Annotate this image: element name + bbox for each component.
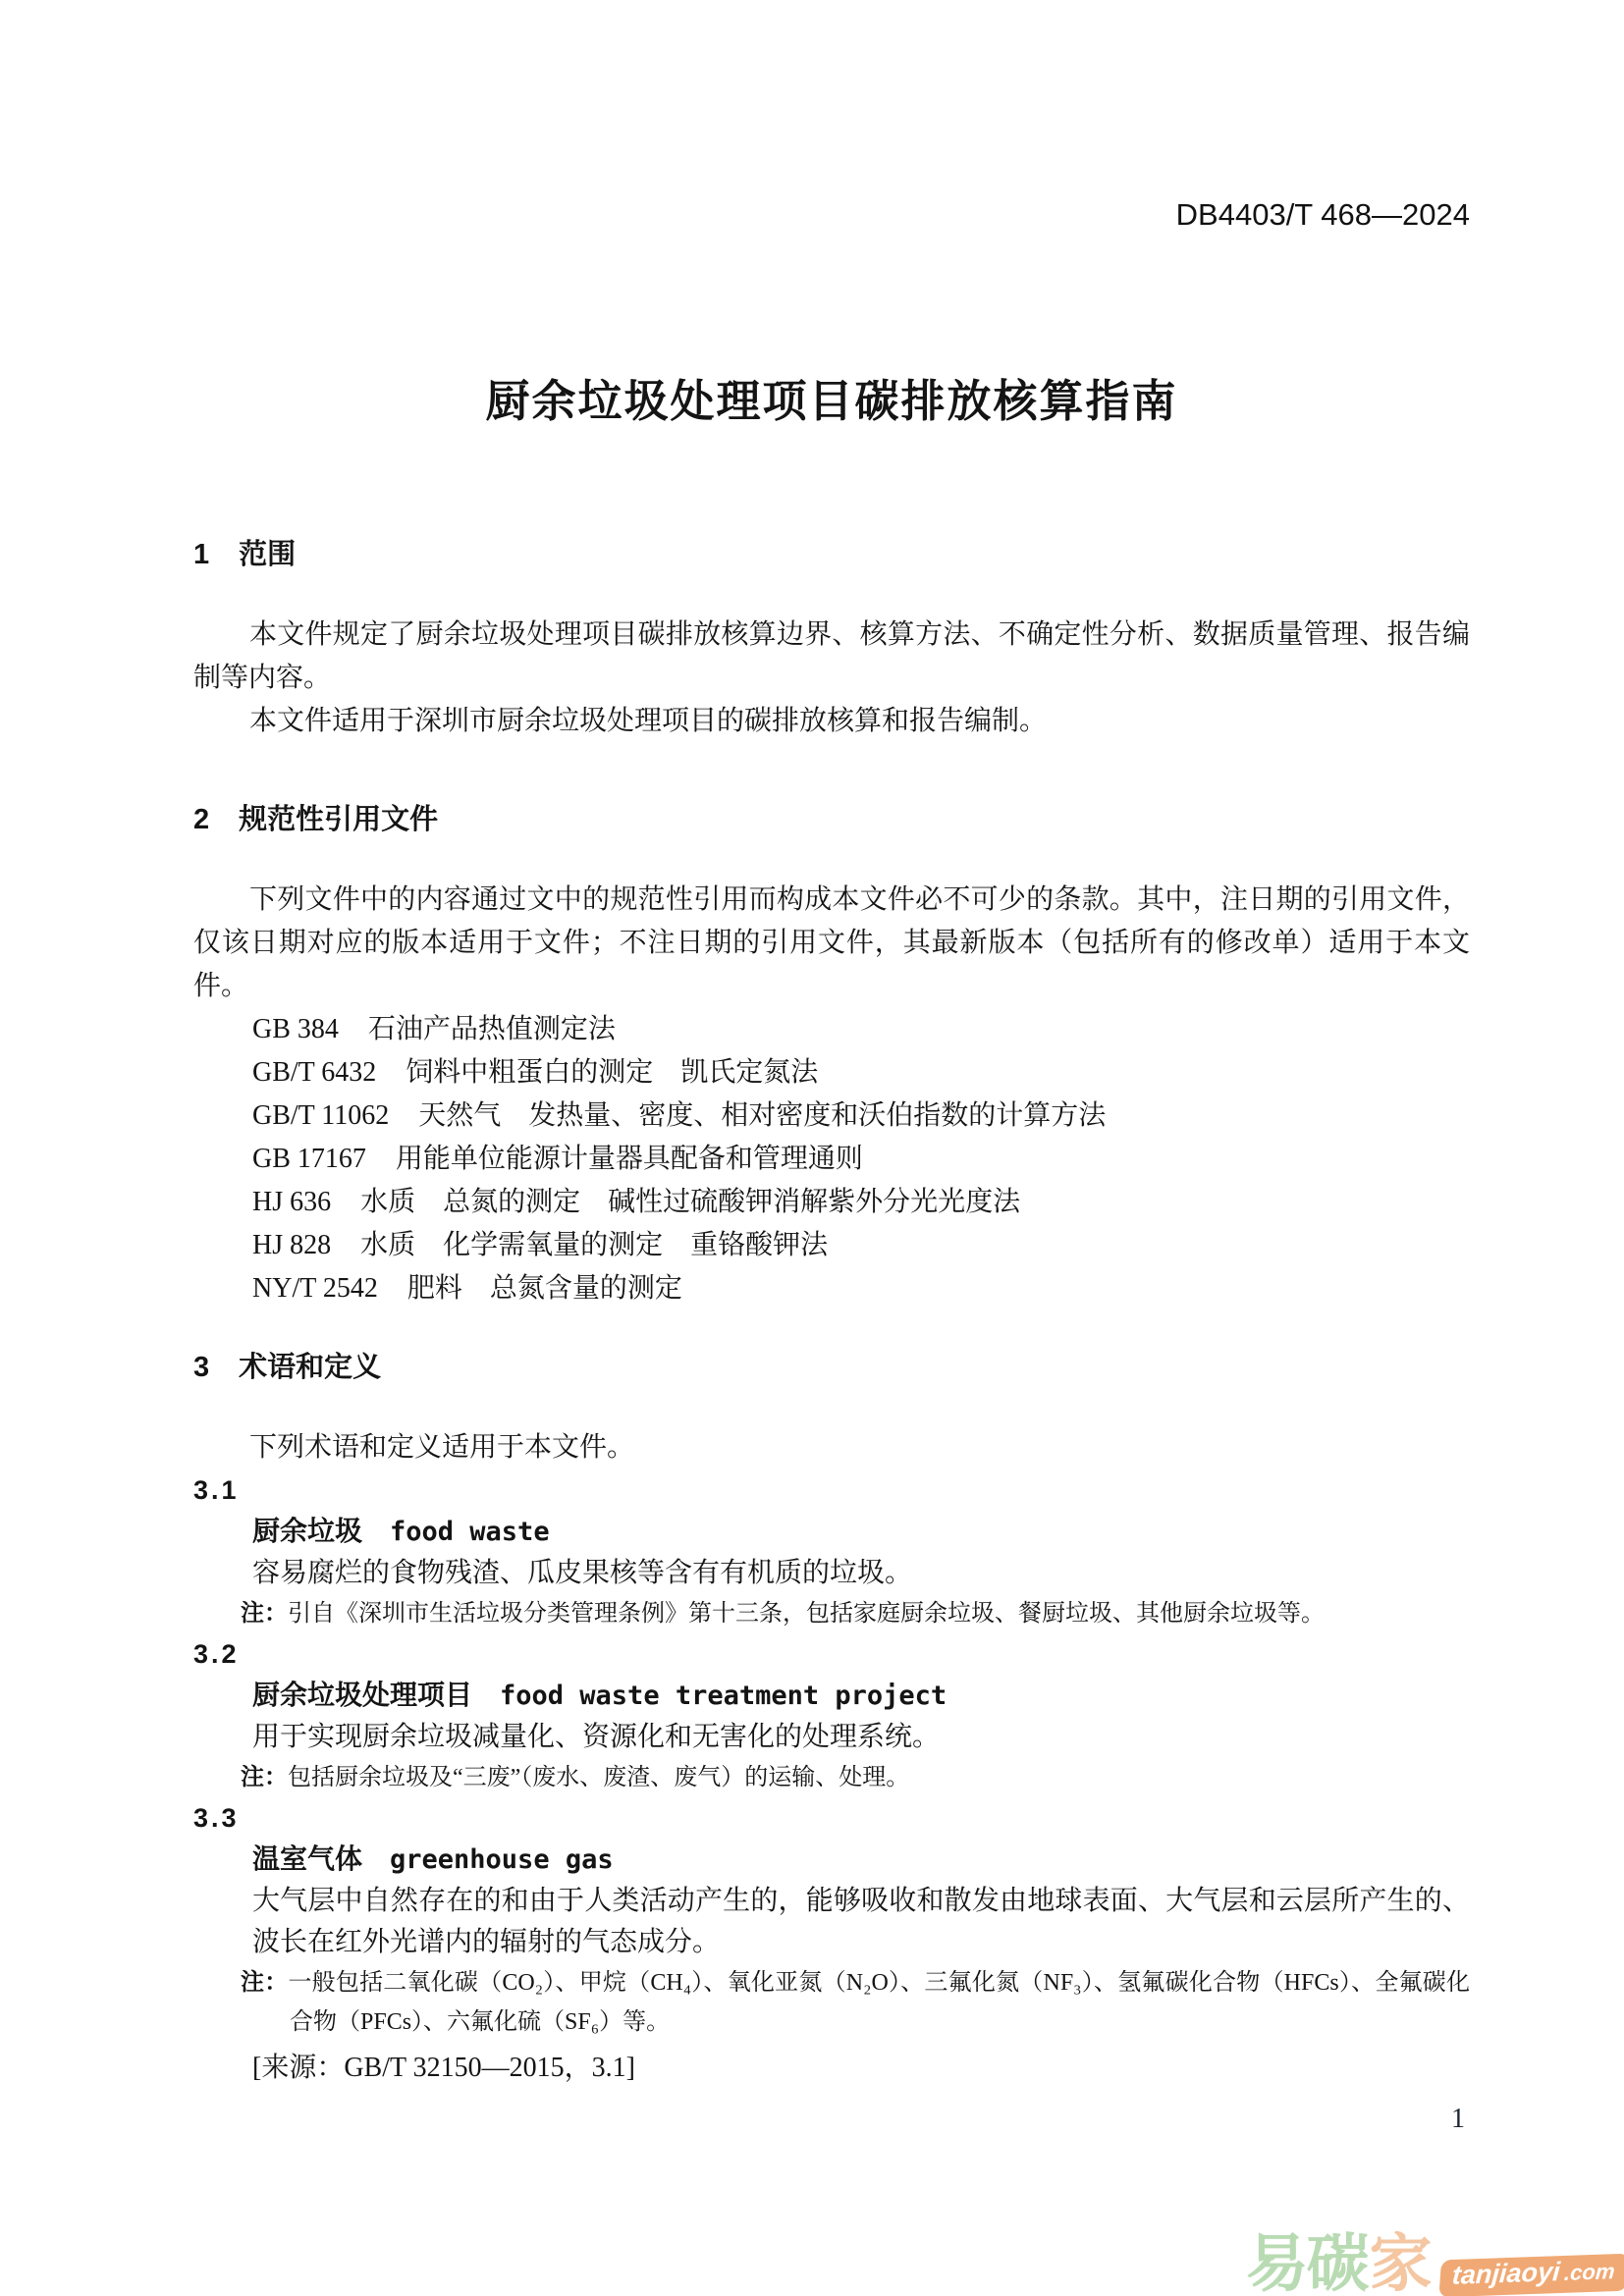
reference-title: 石油产品热值测定法 xyxy=(368,1014,616,1044)
section-number: 1 xyxy=(193,539,209,570)
section-scope: 1范围 本文件规定了厨余垃圾处理项目碳排放核算边界、核算方法、不确定性分析、数据… xyxy=(193,537,1470,743)
term-line: 温室气体greenhouse gas xyxy=(252,1839,1470,1881)
section-number: 2 xyxy=(193,804,209,835)
term-chinese: 厨余垃圾 xyxy=(252,1516,362,1546)
reference-code: GB/T 11062 xyxy=(252,1100,389,1131)
section-heading: 1范围 xyxy=(193,537,1470,572)
term-english: food waste xyxy=(390,1517,550,1547)
section-heading: 3术语和定义 xyxy=(193,1350,1470,1385)
term-english: food waste treatment project xyxy=(500,1681,947,1711)
term-id: 3.1 xyxy=(193,1469,1470,1511)
reference-item: HJ 636水质 总氮的测定 碱性过硫酸钾消解紫外分光光度法 xyxy=(252,1181,1470,1224)
paragraph: 下列文件中的内容通过文中的规范性引用而构成本文件必不可少的条款。其中，注日期的引… xyxy=(193,879,1470,1008)
reference-item: GB 17167用能单位能源计量器具配备和管理通则 xyxy=(252,1138,1470,1181)
term-source: [来源：GB/T 32150—2015，3.1] xyxy=(252,2048,1470,2089)
term-entry: 3.3 温室气体greenhouse gas 大气层中自然存在的和由于人类活动产… xyxy=(193,1797,1470,2089)
section-heading: 2规范性引用文件 xyxy=(193,802,1470,837)
reference-title: 水质 化学需氧量的测定 重铬酸钾法 xyxy=(360,1230,828,1260)
term-definition: 容易腐烂的食物残渣、瓜皮果核等含有有机质的垃圾。 xyxy=(252,1553,1470,1594)
reference-code: HJ 636 xyxy=(252,1187,331,1217)
term-line: 厨余垃圾处理项目food waste treatment project xyxy=(252,1675,1470,1717)
reference-code: GB/T 6432 xyxy=(252,1057,376,1088)
term-note: 注：引自《深圳市生活垃圾分类管理条例》第十三条，包括家庭厨余垃圾、餐厨垃圾、其他… xyxy=(241,1594,1470,1633)
term-definition: 大气层中自然存在的和由于人类活动产生的，能够吸收和散发由地球表面、大气层和云层所… xyxy=(252,1881,1470,1963)
section-body: 本文件规定了厨余垃圾处理项目碳排放核算边界、核算方法、不确定性分析、数据质量管理… xyxy=(193,614,1470,743)
page-title: 厨余垃圾处理项目碳排放核算指南 xyxy=(193,376,1470,427)
watermark-badge-line1: tanjiaoyi xyxy=(1451,2257,1561,2290)
reference-code: GB 384 xyxy=(252,1014,339,1044)
reference-item: GB/T 11062天然气 发热量、密度、相对密度和沃伯指数的计算方法 xyxy=(252,1095,1470,1138)
watermark-badge: tanjiaoyi .com xyxy=(1438,2254,1624,2296)
term-entry: 3.2 厨余垃圾处理项目food waste treatment project… xyxy=(193,1633,1470,1797)
term-chinese: 温室气体 xyxy=(252,1843,362,1874)
doc-number: DB4403/T 468—2024 xyxy=(193,0,1470,234)
term-entry: 3.1 厨余垃圾food waste 容易腐烂的食物残渣、瓜皮果核等含有有机质的… xyxy=(193,1469,1470,1633)
reference-title: 天然气 发热量、密度、相对密度和沃伯指数的计算方法 xyxy=(418,1100,1106,1131)
reference-item: GB 384石油产品热值测定法 xyxy=(252,1008,1470,1051)
watermark-text-orange: 家 xyxy=(1370,2214,1433,2296)
reference-item: HJ 828水质 化学需氧量的测定 重铬酸钾法 xyxy=(252,1224,1470,1267)
reference-title: 饲料中粗蛋白的测定 凯氏定氮法 xyxy=(406,1057,818,1088)
reference-item: NY/T 2542肥料 总氮含量的测定 xyxy=(252,1267,1470,1310)
note-text: 包括厨余垃圾及“三废”（废水、废渣、废气）的运输、处理。 xyxy=(288,1765,909,1790)
reference-item: GB/T 6432饲料中粗蛋白的测定 凯氏定氮法 xyxy=(252,1051,1470,1095)
term-note: 注：包括厨余垃圾及“三废”（废水、废渣、废气）的运输、处理。 xyxy=(241,1758,1470,1797)
section-normative-references: 2规范性引用文件 下列文件中的内容通过文中的规范性引用而构成本文件必不可少的条款… xyxy=(193,802,1470,1310)
term-note: 注：一般包括二氧化碳（CO₂）、甲烷（CH₄）、氧化亚氮（N₂O）、三氟化氮（N… xyxy=(241,1963,1470,2042)
note-label: 注： xyxy=(241,1600,288,1627)
watermark-badge-line2: .com xyxy=(1563,2259,1615,2285)
section-terms-definitions: 3术语和定义 下列术语和定义适用于本文件。 3.1 厨余垃圾food waste… xyxy=(193,1350,1470,2089)
page-number: 1 xyxy=(1451,2103,1465,2136)
paragraph: 下列术语和定义适用于本文件。 xyxy=(193,1426,1470,1469)
watermark-logo: 易碳家 tanjiaoyi .com xyxy=(1246,2214,1624,2296)
note-label: 注： xyxy=(241,1764,288,1790)
reference-code: GB 17167 xyxy=(252,1144,366,1174)
reference-title: 水质 总氮的测定 碱性过硫酸钾消解紫外分光光度法 xyxy=(360,1187,1020,1217)
section-heading-label: 范围 xyxy=(239,539,296,570)
watermark-text-green: 易碳 xyxy=(1246,2214,1368,2296)
term-id: 3.2 xyxy=(193,1633,1470,1675)
reference-list: GB 384石油产品热值测定法 GB/T 6432饲料中粗蛋白的测定 凯氏定氮法… xyxy=(252,1008,1470,1310)
note-label: 注： xyxy=(241,1969,288,1996)
section-body: 下列术语和定义适用于本文件。 3.1 厨余垃圾food waste 容易腐烂的食… xyxy=(193,1426,1470,2089)
term-id: 3.3 xyxy=(193,1797,1470,1839)
reference-code: NY/T 2542 xyxy=(252,1273,378,1304)
note-text: 引自《深圳市生活垃圾分类管理条例》第十三条，包括家庭厨余垃圾、餐厨垃圾、其他厨余… xyxy=(288,1601,1325,1627)
term-definition: 用于实现厨余垃圾减量化、资源化和无害化的处理系统。 xyxy=(252,1717,1470,1758)
paragraph: 本文件规定了厨余垃圾处理项目碳排放核算边界、核算方法、不确定性分析、数据质量管理… xyxy=(193,614,1470,700)
document-page: DB4403/T 468—2024 厨余垃圾处理项目碳排放核算指南 1范围 本文… xyxy=(0,0,1624,2296)
section-heading-label: 规范性引用文件 xyxy=(239,804,438,835)
reference-title: 用能单位能源计量器具配备和管理通则 xyxy=(396,1144,863,1174)
section-body: 下列文件中的内容通过文中的规范性引用而构成本文件必不可少的条款。其中，注日期的引… xyxy=(193,879,1470,1310)
section-number: 3 xyxy=(193,1352,209,1383)
term-line: 厨余垃圾food waste xyxy=(252,1511,1470,1553)
paragraph: 本文件适用于深圳市厨余垃圾处理项目的碳排放核算和报告编制。 xyxy=(193,700,1470,743)
note-text: 一般包括二氧化碳（CO₂）、甲烷（CH₄）、氧化亚氮（N₂O）、三氟化氮（NF₃… xyxy=(288,1970,1470,2035)
section-heading-label: 术语和定义 xyxy=(239,1352,381,1383)
reference-title: 肥料 总氮含量的测定 xyxy=(407,1273,682,1304)
term-english: greenhouse gas xyxy=(390,1844,614,1875)
reference-code: HJ 828 xyxy=(252,1230,331,1260)
term-chinese: 厨余垃圾处理项目 xyxy=(252,1680,472,1710)
